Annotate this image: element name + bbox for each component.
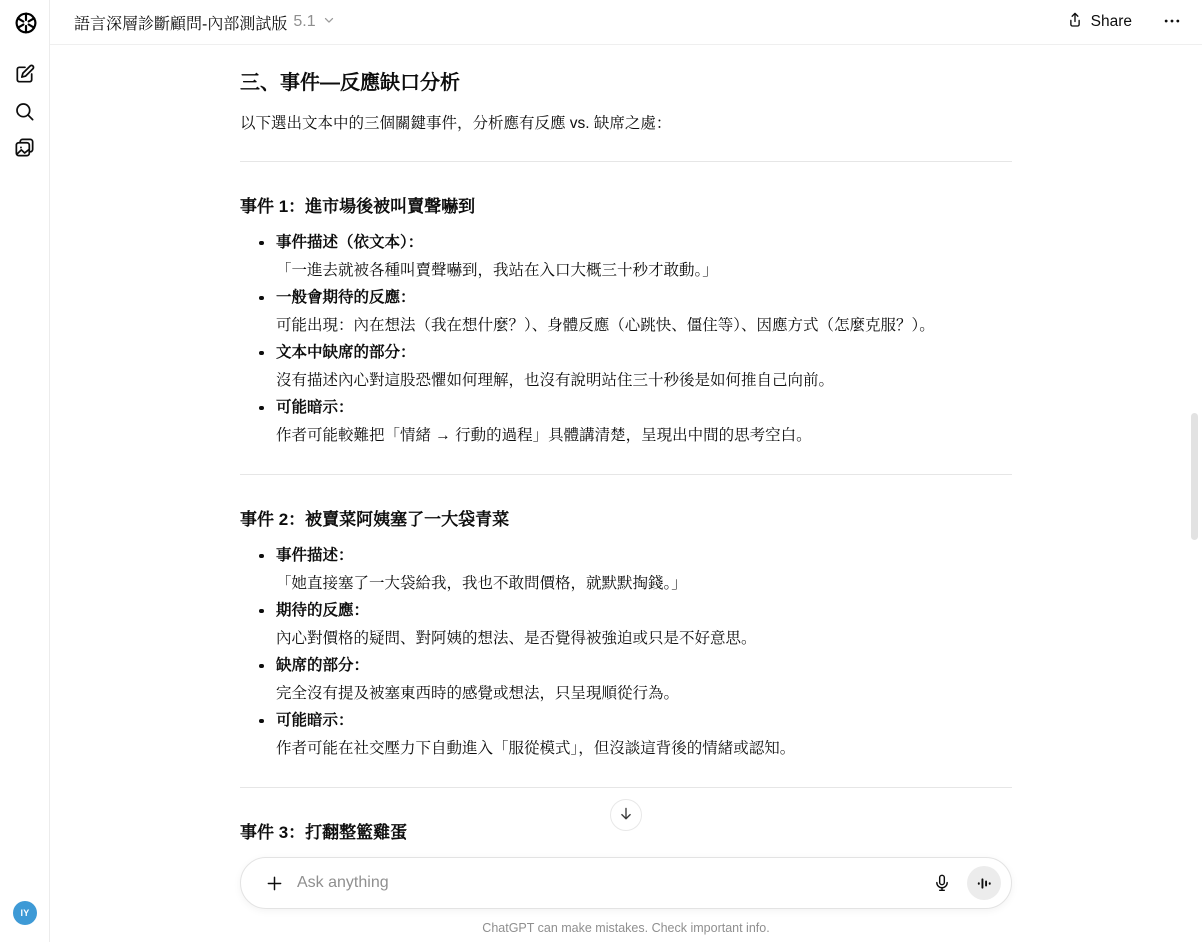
topbar-actions: Share <box>1058 5 1186 40</box>
event-title: 事件 2：被賣菜阿姨塞了一大袋青菜 <box>240 508 1012 532</box>
chatgpt-app: IY 語言深層診斷顧問-內部測試版 5.1 <box>0 0 1202 942</box>
plus-icon[interactable] <box>259 868 289 898</box>
divider <box>240 161 1012 162</box>
bullet-item: 可能暗示：作者可能在社交壓力下自動進入「服從模式」，但沒談這背後的情緒或認知。 <box>240 707 1012 762</box>
conversation-title-menu[interactable]: 語言深層診斷顧問-內部測試版 5.1 <box>68 7 342 38</box>
event-bullet-list: 事件描述（依文本）：「一進去就被各種叫賣聲嚇到，我站在入口大概三十秒才敢動。」一… <box>240 229 1012 449</box>
openai-logo-icon[interactable] <box>13 10 39 36</box>
share-icon <box>1066 11 1084 34</box>
voice-waveform-icon[interactable] <box>967 866 1001 900</box>
new-chat-icon[interactable] <box>13 62 38 87</box>
bullet-text: 「一進去就被各種叫賣聲嚇到，我站在入口大概三十秒才敢動。」 <box>276 257 1012 285</box>
share-label: Share <box>1091 13 1132 31</box>
library-icon[interactable] <box>13 135 38 160</box>
bullet-label: 事件描述（依文本）： <box>276 229 1012 257</box>
bullet-text: 完全沒有提及被塞東西時的感覺或想法，只呈現順從行為。 <box>276 680 1012 708</box>
bullet-label: 文本中缺席的部分： <box>276 339 1012 367</box>
microphone-icon[interactable] <box>925 866 959 900</box>
event-section: 事件 1：進市場後被叫賣聲嚇到事件描述（依文本）：「一進去就被各種叫賣聲嚇到，我… <box>240 161 1012 449</box>
bullet-item: 事件描述（依文本）：「一進去就被各種叫賣聲嚇到，我站在入口大概三十秒才敢動。」 <box>240 229 1012 284</box>
bullet-item: 文本中缺席的部分：沒有描述內心對這股恐懼如何理解，也沒有說明站住三十秒後是如何推… <box>240 339 1012 394</box>
event-section: 事件 2：被賣菜阿姨塞了一大袋青菜事件描述：「她直接塞了一大袋給我，我也不敢問價… <box>240 474 1012 762</box>
assistant-message: 三、事件—反應缺口分析 以下選出文本中的三個關鍵事件，分析應有反應 vs. 缺席… <box>240 45 1012 845</box>
bullet-label: 一般會期待的反應： <box>276 284 1012 312</box>
model-version: 5.1 <box>293 13 315 31</box>
message-input[interactable] <box>297 874 925 892</box>
divider <box>240 474 1012 475</box>
conversation-title: 語言深層診斷顧問-內部測試版 <box>74 11 287 34</box>
bullet-item: 一般會期待的反應：可能出現：內在想法（我在想什麼？）、身體反應（心跳快、僵住等）… <box>240 284 1012 339</box>
bullet-label: 事件描述： <box>276 542 1012 570</box>
search-icon[interactable] <box>13 99 38 124</box>
arrow-down-icon <box>617 805 635 826</box>
chevron-down-icon <box>322 13 336 32</box>
section-title: 三、事件—反應缺口分析 <box>240 70 1012 96</box>
bullet-text: 「她直接塞了一大袋給我，我也不敢問價格，就默默掏錢。」 <box>276 570 1012 598</box>
scroll-to-bottom-button[interactable] <box>610 799 642 831</box>
bullet-item: 缺席的部分：完全沒有提及被塞東西時的感覺或想法，只呈現順從行為。 <box>240 652 1012 707</box>
composer <box>240 857 1012 909</box>
divider <box>240 787 1012 788</box>
bullet-label: 期待的反應： <box>276 597 1012 625</box>
bullet-item: 期待的反應：內心對價格的疑問、對阿姨的想法、是否覺得被強迫或只是不好意思。 <box>240 597 1012 652</box>
bullet-text: 作者可能較難把「情緒 → 行動的過程」具體講清楚，呈現出中間的思考空白。 <box>276 422 1012 450</box>
event-title: 事件 1：進市場後被叫賣聲嚇到 <box>240 195 1012 219</box>
bullet-text: 可能出現：內在想法（我在想什麼？）、身體反應（心跳快、僵住等）、因應方式（怎麼克… <box>276 312 1012 340</box>
scrollbar-thumb[interactable] <box>1191 413 1198 540</box>
disclaimer-text: ChatGPT can make mistakes. Check importa… <box>50 921 1202 935</box>
sidebar: IY <box>0 0 50 942</box>
bullet-label: 缺席的部分： <box>276 652 1012 680</box>
topbar: 語言深層診斷顧問-內部測試版 5.1 <box>50 0 1202 45</box>
bullet-text: 內心對價格的疑問、對阿姨的想法、是否覺得被強迫或只是不好意思。 <box>276 625 1012 653</box>
events: 事件 1：進市場後被叫賣聲嚇到事件描述（依文本）：「一進去就被各種叫賣聲嚇到，我… <box>240 161 1012 845</box>
bullet-item: 事件描述：「她直接塞了一大袋給我，我也不敢問價格，就默默掏錢。」 <box>240 542 1012 597</box>
share-button[interactable]: Share <box>1058 5 1140 40</box>
more-options-icon[interactable] <box>1158 7 1186 38</box>
avatar[interactable]: IY <box>13 901 37 925</box>
bullet-label: 可能暗示： <box>276 394 1012 422</box>
event-bullet-list: 事件描述：「她直接塞了一大袋給我，我也不敢問價格，就默默掏錢。」期待的反應：內心… <box>240 542 1012 762</box>
bullet-label: 可能暗示： <box>276 707 1012 735</box>
bullet-text: 沒有描述內心對這股恐懼如何理解，也沒有說明站住三十秒後是如何推自己向前。 <box>276 367 1012 395</box>
bullet-item: 可能暗示：作者可能較難把「情緒 → 行動的過程」具體講清楚，呈現出中間的思考空白… <box>240 394 1012 449</box>
intro-text: 以下選出文本中的三個關鍵事件，分析應有反應 vs. 缺席之處： <box>240 112 1012 136</box>
bullet-text: 作者可能在社交壓力下自動進入「服從模式」，但沒談這背後的情緒或認知。 <box>276 735 1012 763</box>
main-area: 語言深層診斷顧問-內部測試版 5.1 <box>50 0 1202 942</box>
